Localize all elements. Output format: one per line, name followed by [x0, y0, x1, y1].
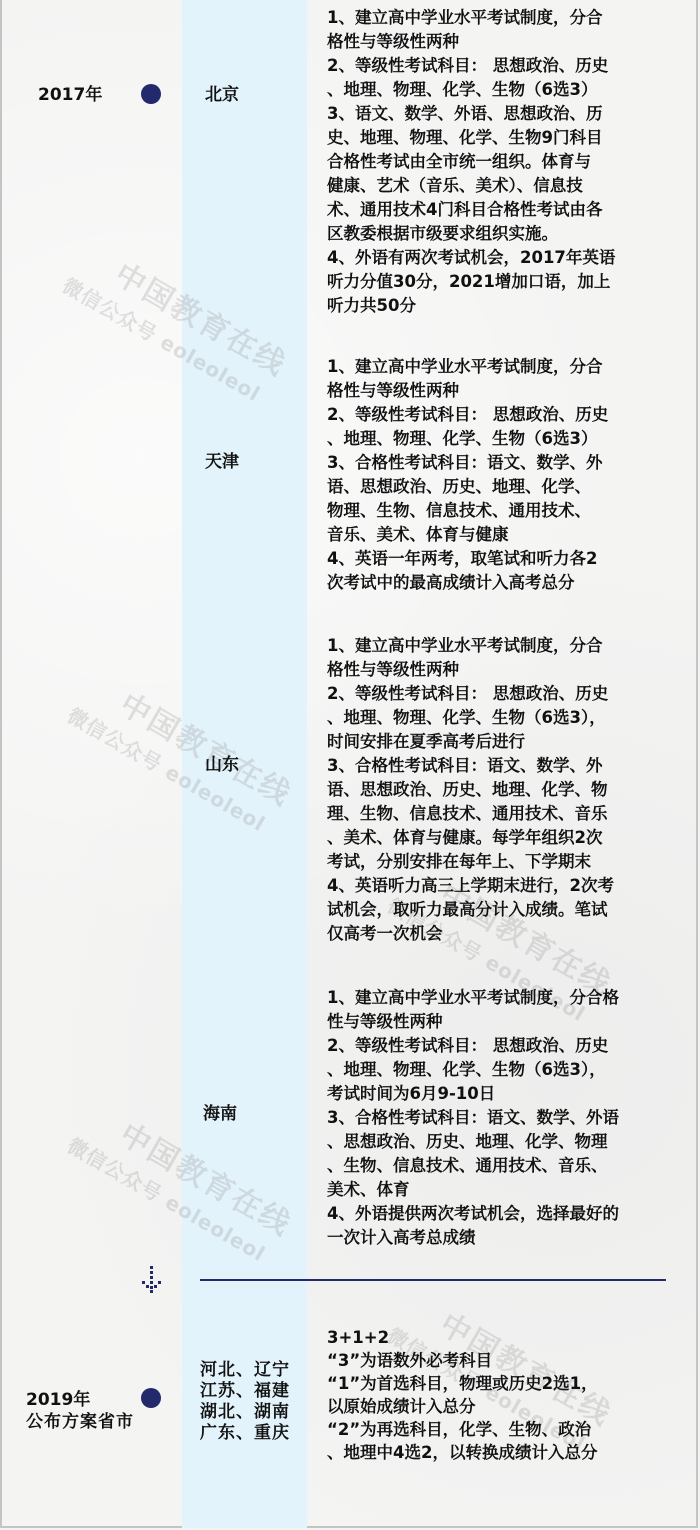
policy-line: 、生物、信息技术、通用技术、音乐、: [327, 1154, 692, 1178]
province-label-beijing: 北京: [205, 84, 239, 106]
policy-line: 次考试中的最高成绩计入高考总分: [327, 571, 692, 595]
policy-line: 区教委根据市级要求组织实施。: [327, 222, 692, 246]
policy-line: 、地理、物理、化学、生物（6选3）: [327, 427, 692, 451]
policy-line: 、地理、物理、化学、生物（6选3）: [327, 78, 692, 102]
policy-line: 4、英语一年两考，取笔试和听力各2: [327, 547, 692, 571]
province-list-2019: 河北、辽宁 江苏、福建 湖北、湖南 广东、重庆: [200, 1360, 290, 1444]
policy-line: 听力分值30分，2021增加口语，加上: [327, 270, 692, 294]
year-caption: 公布方案省市: [26, 1411, 134, 1433]
policy-line: 4、外语提供两次考试机会，选择最好的: [327, 1202, 692, 1226]
timeline-dot-icon: [141, 1388, 161, 1408]
policy-line: 史、地理、物理、化学、生物9门科目: [327, 126, 692, 150]
province-label-tianjin: 天津: [205, 451, 239, 473]
policy-line: 时间安排在夏季高考后进行: [327, 730, 692, 754]
policy-line: 语、思想政治、历史、地理、化学、: [327, 475, 692, 499]
policy-text-3plus1plus2: 3+1+2 “3”为语数外必考科目 “1”为首选科目，物理或历史2选1， 以原始…: [327, 1326, 692, 1464]
policy-line: 2、等级性考试科目： 思想政治、历史: [327, 403, 692, 427]
province-column-highlight: [182, 0, 307, 1528]
policy-line: 合格性考试由全市统一组织。体育与: [327, 150, 692, 174]
policy-line: 物理、生物、信息技术、通用技术、: [327, 499, 692, 523]
timeline-year-2017: 2017年: [38, 84, 102, 106]
year-label: 2019年: [26, 1389, 134, 1411]
policy-line: 3、合格性考试科目：语文、数学、外: [327, 754, 692, 778]
policy-line: 格性与等级性两种: [327, 658, 692, 682]
province-pair: 广东、重庆: [200, 1423, 290, 1444]
policy-line: “2”为再选科目，化学、生物、政治: [327, 1418, 692, 1441]
province-label-hainan: 海南: [203, 1103, 237, 1125]
policy-line: 美术、体育: [327, 1178, 692, 1202]
province-label-shandong: 山东: [205, 754, 239, 776]
policy-line: 考试时间为6月9-10日: [327, 1082, 692, 1106]
policy-line: 、地理、物理、化学、生物（6选3），: [327, 706, 692, 730]
province-pair: 河北、辽宁: [200, 1360, 290, 1381]
policy-line: 1、建立高中学业水平考试制度，分合: [327, 355, 692, 379]
policy-text-tianjin: 1、建立高中学业水平考试制度，分合 格性与等级性两种 2、等级性考试科目： 思想…: [327, 355, 692, 595]
timeline-dot-icon: [141, 84, 161, 104]
policy-line: 格性与等级性两种: [327, 379, 692, 403]
policy-line: 试机会，取听力最高分计入成绩。笔试: [327, 898, 692, 922]
policy-line: 一次计入高考总成绩: [327, 1226, 692, 1250]
policy-line: 、地理、物理、化学、生物（6选3），: [327, 1058, 692, 1082]
policy-line: 、思想政治、历史、地理、化学、物理: [327, 1130, 692, 1154]
policy-line: “3”为语数外必考科目: [327, 1349, 692, 1372]
policy-line: 4、外语有两次考试机会，2017年英语: [327, 246, 692, 270]
policy-line: 考试，分别安排在每年上、下学期末: [327, 850, 692, 874]
policy-line: 理、生物、信息技术、通用技术、音乐: [327, 802, 692, 826]
policy-line: 3、合格性考试科目：语文、数学、外语: [327, 1106, 692, 1130]
province-pair: 湖北、湖南: [200, 1402, 290, 1423]
policy-line: 1、建立高中学业水平考试制度，分合: [327, 634, 692, 658]
policy-line: 术、通用技术4门科目合格性考试由各: [327, 198, 692, 222]
policy-line: 性与等级性两种: [327, 1010, 692, 1034]
policy-text-shandong: 1、建立高中学业水平考试制度，分合 格性与等级性两种 2、等级性考试科目： 思想…: [327, 634, 692, 946]
policy-text-beijing: 1、建立高中学业水平考试制度，分合 格性与等级性两种 2、等级性考试科目： 思想…: [327, 6, 692, 318]
policy-line: 2、等级性考试科目： 思想政治、历史: [327, 1034, 692, 1058]
policy-line: 语、思想政治、历史、地理、化学、物: [327, 778, 692, 802]
section-divider: [200, 1279, 666, 1281]
policy-line: 1、建立高中学业水平考试制度，分合格: [327, 986, 692, 1010]
timeline-year-2019: 2019年 公布方案省市: [26, 1389, 134, 1433]
policy-text-hainan: 1、建立高中学业水平考试制度，分合格 性与等级性两种 2、等级性考试科目： 思想…: [327, 986, 692, 1250]
policy-line: 3、语文、数学、外语、思想政治、历: [327, 102, 692, 126]
policy-line: 2、等级性考试科目： 思想政治、历史: [327, 54, 692, 78]
policy-line: 4、英语听力高三上学期末进行，2次考: [327, 874, 692, 898]
policy-line: 格性与等级性两种: [327, 30, 692, 54]
province-pair: 江苏、福建: [200, 1381, 290, 1402]
policy-line: 健康、艺术（音乐、美术）、信息技: [327, 174, 692, 198]
policy-line: 听力共50分: [327, 294, 692, 318]
policy-line: 、地理中4选2，以转换成绩计入总分: [327, 1441, 692, 1464]
policy-line: 仅高考一次机会: [327, 922, 692, 946]
policy-line: 3、合格性考试科目：语文、数学、外: [327, 451, 692, 475]
policy-line: 以原始成绩计入总分: [327, 1395, 692, 1418]
policy-line: “1”为首选科目，物理或历史2选1，: [327, 1372, 692, 1395]
policy-line: 、美术、体育与健康。每学年组织2次: [327, 826, 692, 850]
policy-line: 2、等级性考试科目： 思想政治、历史: [327, 682, 692, 706]
policy-line: 1、建立高中学业水平考试制度，分合: [327, 6, 692, 30]
policy-line: 3+1+2: [327, 1326, 692, 1349]
policy-line: 音乐、美术、体育与健康: [327, 523, 692, 547]
arrow-down-icon: [140, 1266, 164, 1296]
